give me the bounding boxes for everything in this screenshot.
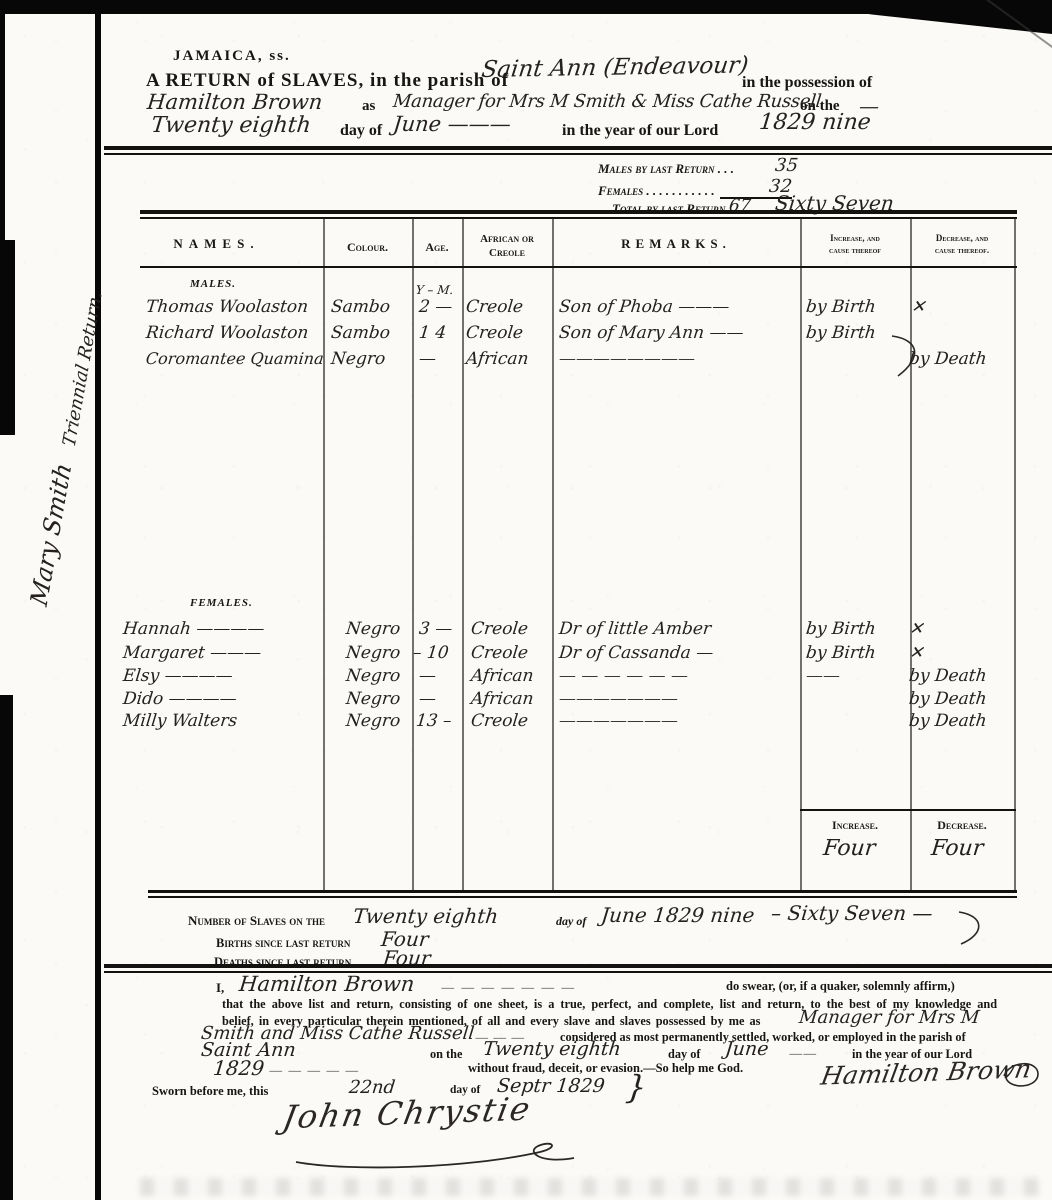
parish-handwritten: Saint Ann (Endeavour) (480, 52, 750, 83)
row-colour: Negro (345, 643, 401, 663)
oath-line3-handwritten: Manager for Mrs M (798, 1007, 980, 1028)
table-row-male: Thomas Woolaston Sambo 2 — Creole Son of… (110, 297, 1050, 323)
row-remarks: ——————— (558, 689, 679, 709)
row-name: Hannah ———— (122, 619, 265, 639)
row-decrease-mark: ✕ (908, 643, 924, 663)
bleedthrough-smudge (140, 1178, 1040, 1196)
day-of-label-2: day of (556, 914, 586, 929)
number-of-slaves-total: – Sixty Seven — (770, 901, 934, 925)
possessor-handwritten: Hamilton Brown (146, 90, 324, 114)
males-lastreturn-value: 35 (774, 155, 799, 176)
witness-signature: John Chrystie (280, 1090, 535, 1137)
row-age: — (418, 666, 437, 686)
row-remarks: Dr of little Amber (558, 619, 712, 639)
table-row-female: Milly Walters Negro 13 – Creole ——————— … (110, 711, 1050, 735)
capacity-handwritten: Manager for Mrs M Smith & Miss Cathe Rus… (392, 91, 822, 112)
row-colour: Negro (345, 689, 401, 709)
oath-day-of-label: day of (668, 1047, 700, 1062)
row-decrease-mark: by Death (908, 711, 988, 731)
males-lastreturn-label: Males by last Return . . . (598, 161, 734, 177)
row-colour: Negro (345, 619, 401, 639)
row-age: 1 4 (418, 323, 447, 343)
return-title: A RETURN of SLAVES, in the parish of (146, 70, 509, 92)
females-lastreturn-label: Females . . . . . . . . . . . (598, 183, 715, 199)
page-fold-line (95, 0, 101, 1200)
row-increase: —— (805, 666, 841, 686)
increase-total-value: Four (822, 836, 877, 861)
table-top-rule (140, 210, 1017, 219)
row-colour: Sambo (330, 297, 391, 317)
row-colour: Sambo (330, 323, 391, 343)
row-decrease-mark: ✕ (908, 619, 924, 639)
row-name: Milly Walters (122, 711, 238, 731)
row-remarks: Son of Mary Ann —— (558, 323, 745, 343)
row-origin: African (470, 666, 535, 686)
scan-edge-top-right (858, 0, 1052, 34)
colony-heading: JAMAICA, ss. (173, 48, 291, 65)
total-flourish-curve (955, 908, 989, 948)
oath-day: Twenty eighth (482, 1038, 622, 1060)
col-header-increase-2: cause thereof (800, 245, 910, 255)
row-name: Elsy ———— (122, 666, 234, 686)
day-of-label: day of (340, 122, 382, 140)
deponent-signature-flourish (1000, 1058, 1044, 1092)
row-remarks: Dr of Cassanda — (558, 643, 714, 663)
row-name: Coromantee Quamina (145, 349, 325, 368)
row-age: — (418, 689, 437, 709)
col-header-age: Age. (412, 240, 462, 255)
oath-month-dash: —— (788, 1046, 818, 1062)
table-row-female: Margaret ——— Negro – 10 Creole Dr of Cas… (110, 643, 1050, 667)
number-of-slaves-day: Twenty eighth (352, 904, 500, 928)
row-origin: Creole (465, 323, 524, 343)
scan-edge-left-3 (0, 695, 13, 1200)
scan-edge-left-2 (0, 240, 15, 435)
row-age: 2 — (418, 297, 453, 317)
oath-on-the-label: on the (430, 1047, 462, 1062)
row-colour: Negro (345, 711, 401, 731)
row-origin: Creole (470, 643, 529, 663)
oath-fill-dash: ——————— (440, 980, 582, 996)
col-header-origin-1: African or (462, 233, 552, 245)
col-header-decrease-2: cause thereof. (910, 245, 1014, 255)
year-of-lord-label: in the year of our Lord (562, 122, 718, 140)
increase-total-label: Increase. (800, 818, 910, 833)
divider-under-header (104, 146, 1052, 155)
day-handwritten: Twenty eighth (150, 113, 312, 138)
scanned-document-return-of-slaves: Mary Smith Triennial Return. JAMAICA, ss… (0, 0, 1052, 1200)
table-header-bottom-rule (140, 266, 1017, 268)
row-origin: Creole (470, 619, 529, 639)
row-origin: African (465, 349, 530, 369)
sworn-before-label: Sworn before me, this (152, 1084, 268, 1099)
oath-i-label: I, (216, 980, 224, 996)
table-row-male: Coromantee Quamina Negro — African —————… (110, 349, 1050, 375)
row-colour: Negro (330, 349, 386, 369)
table-row-female: Hannah ———— Negro 3 — Creole Dr of littl… (110, 619, 1050, 643)
row-origin: African (470, 689, 535, 709)
row-increase: by Birth (805, 297, 877, 317)
as-label: as (362, 98, 375, 115)
decrease-total-label: Decrease. (910, 818, 1014, 833)
col-header-names: NAMES. (110, 236, 323, 252)
col-header-origin-2: Creole (462, 247, 552, 259)
row-increase: by Birth (805, 619, 877, 639)
table-row-female: Dido ———— Negro — African ——————— by Dea… (110, 689, 1050, 713)
row-remarks: Son of Phoba ——— (558, 297, 730, 317)
oath-year: 1829 (212, 1056, 265, 1080)
year-handwritten: 1829 nine (758, 110, 872, 135)
row-decrease-mark: ✕ (910, 297, 926, 317)
incdec-divider (800, 809, 1016, 811)
number-of-slaves-date: June 1829 nine (600, 903, 756, 927)
age-units-note: Y – M. (415, 283, 454, 297)
row-decrease-mark: by Death (908, 666, 988, 686)
month-handwritten: June ——— (392, 112, 512, 136)
males-group-label: MALES. (190, 278, 236, 290)
col-header-decrease-1: Decrease, and (910, 233, 1014, 243)
col-header-remarks: REMARKS. (552, 236, 800, 252)
oath-deponent-name: Hamilton Brown (238, 972, 416, 996)
row-remarks: — — — — — — (558, 666, 689, 686)
row-origin: Creole (470, 711, 529, 731)
row-name: Richard Woolaston (145, 323, 309, 343)
col-header-colour: Colour. (323, 240, 412, 255)
table-row-female: Elsy ———— Negro — African — — — — — — ——… (110, 666, 1050, 690)
row-name: Thomas Woolaston (145, 297, 309, 317)
row-remarks: ———————— (558, 349, 696, 369)
signature-flourish (290, 1138, 580, 1174)
row-increase: by Birth (805, 323, 877, 343)
sworn-brace: } (624, 1068, 648, 1106)
oath-line1-text: do swear, (or, if a quaker, solemnly aff… (726, 979, 955, 994)
row-origin: Creole (465, 297, 524, 317)
oath-month: June (724, 1038, 770, 1060)
number-of-slaves-label: Number of Slaves on the (188, 913, 325, 929)
row-decrease-mark: by Death (908, 689, 988, 709)
row-age: 3 — (418, 619, 453, 639)
row-age: – 10 (412, 643, 450, 663)
scan-edge-left-1 (0, 0, 5, 245)
row-decrease-mark: by Death (908, 349, 988, 369)
row-name: Dido ———— (122, 689, 238, 709)
margin-note-name: Mary Smith (25, 460, 77, 609)
col-header-increase-1: Increase, and (800, 233, 910, 243)
row-age: — (418, 349, 437, 369)
table-bottom-rule (148, 890, 1017, 898)
females-group-label: FEMALES. (190, 597, 253, 609)
row-colour: Negro (345, 666, 401, 686)
births-label: Births since last return (216, 936, 350, 951)
row-age: 13 – (415, 711, 453, 731)
possession-label: in the possession of (742, 74, 872, 92)
oath-line6-text: without fraud, deceit, or evasion.—So he… (468, 1061, 743, 1076)
row-name: Margaret ——— (122, 643, 262, 663)
decrease-total-value: Four (930, 836, 985, 861)
row-increase: by Birth (805, 643, 877, 663)
row-remarks: ——————— (558, 711, 679, 731)
